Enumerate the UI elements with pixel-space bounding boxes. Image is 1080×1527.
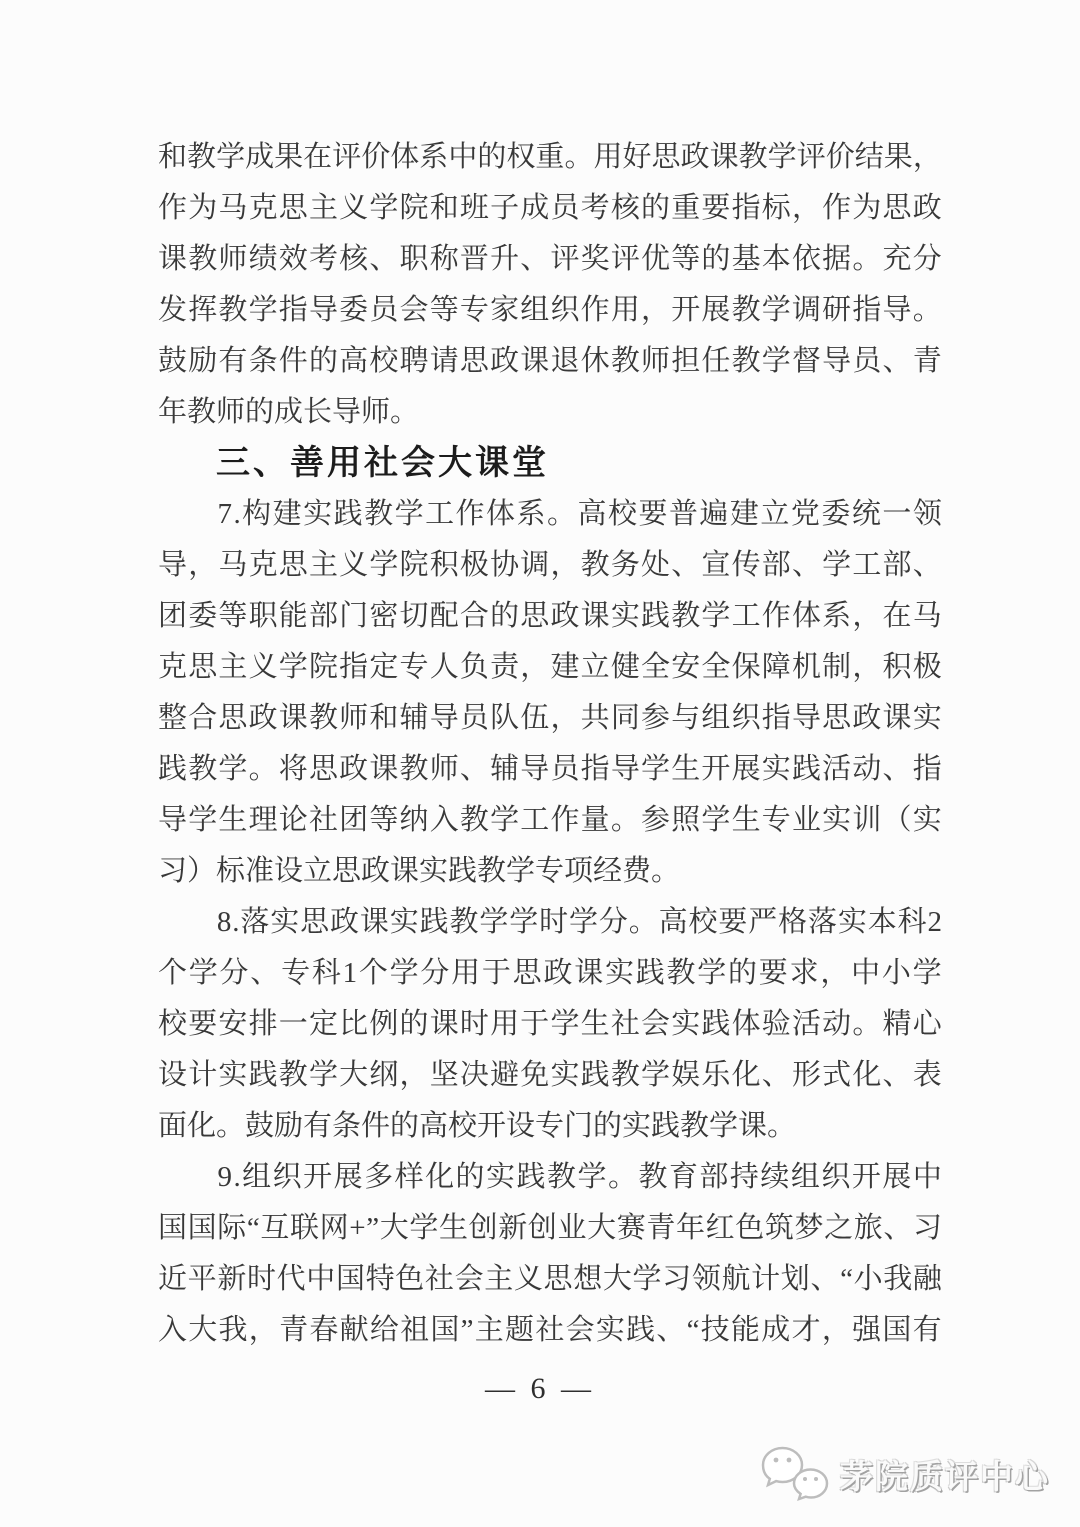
text-line: 导学生理论社团等纳入教学工作量。参照学生专业实训（实 (158, 795, 942, 846)
text-line: 团委等职能部门密切配合的思政课实践教学工作体系，在马 (158, 591, 942, 642)
text-line: 作为马克思主义学院和班子成员考核的重要指标，作为思政 (158, 183, 942, 234)
text-line: 年教师的成长导师。 (158, 387, 942, 438)
watermark-label: 茅院质评中心 (840, 1451, 1050, 1498)
text-line: 个学分、专科1个学分用于思政课实践教学的要求，中小学 (158, 948, 942, 999)
text-line: 和教学成果在评价体系中的权重。用好思政课教学评价结果， (158, 132, 942, 183)
text-line: 践教学。将思政课教师、辅导员指导学生开展实践活动、指 (158, 744, 942, 795)
text-line: 发挥教学指导委员会等专家组织作用，开展教学调研指导。 (158, 285, 942, 336)
text-line: 导，马克思主义学院积极协调，教务处、宣传部、学工部、 (158, 540, 942, 591)
text-line: 整合思政课教师和辅导员队伍，共同参与组织指导思政课实 (158, 693, 942, 744)
text-line: 9.组织开展多样化的实践教学。教育部持续组织开展中 (158, 1152, 942, 1203)
text-line: 设计实践教学大纲，坚决避免实践教学娱乐化、形式化、表 (158, 1050, 942, 1101)
text-line: 习）标准设立思政课实践教学专项经费。 (158, 846, 942, 897)
text-line: 8.落实思政课实践教学学时学分。高校要严格落实本科2 (158, 897, 942, 948)
wechat-icon (758, 1445, 832, 1503)
text-line: 克思主义学院指定专人负责，建立健全安全保障机制，积极 (158, 642, 942, 693)
section-heading: 三、善用社会大课堂 (158, 438, 942, 489)
paragraph-8: 8.落实思政课实践教学学时学分。高校要严格落实本科2 个学分、专科1个学分用于思… (158, 897, 942, 1152)
document-body: 和教学成果在评价体系中的权重。用好思政课教学评价结果， 作为马克思主义学院和班子… (158, 132, 942, 1356)
text-line: 校要安排一定比例的课时用于学生社会实践体验活动。精心 (158, 999, 942, 1050)
paragraph-7: 7.构建实践教学工作体系。高校要普遍建立党委统一领 导，马克思主义学院积极协调，… (158, 489, 942, 897)
text-line: 国国际“互联网+”大学生创新创业大赛青年红色筑梦之旅、习 (158, 1203, 942, 1254)
text-line: 面化。鼓励有条件的高校开设专门的实践教学课。 (158, 1101, 942, 1152)
paragraph-9: 9.组织开展多样化的实践教学。教育部持续组织开展中 国国际“互联网+”大学生创新… (158, 1152, 942, 1356)
page-number: — 6 — (0, 1372, 1080, 1406)
text-line: 入大我，青春献给祖国”主题社会实践、“技能成才，强国有 (158, 1305, 942, 1356)
paragraph-continued: 和教学成果在评价体系中的权重。用好思政课教学评价结果， 作为马克思主义学院和班子… (158, 132, 942, 438)
watermark: 茅院质评中心 (758, 1445, 1050, 1503)
text-line: 7.构建实践教学工作体系。高校要普遍建立党委统一领 (158, 489, 942, 540)
document-page: 和教学成果在评价体系中的权重。用好思政课教学评价结果， 作为马克思主义学院和班子… (0, 0, 1080, 1527)
text-line: 课教师绩效考核、职称晋升、评奖评优等的基本依据。充分 (158, 234, 942, 285)
text-line: 鼓励有条件的高校聘请思政课退休教师担任教学督导员、青 (158, 336, 942, 387)
text-line: 近平新时代中国特色社会主义思想大学习领航计划、“小我融 (158, 1254, 942, 1305)
